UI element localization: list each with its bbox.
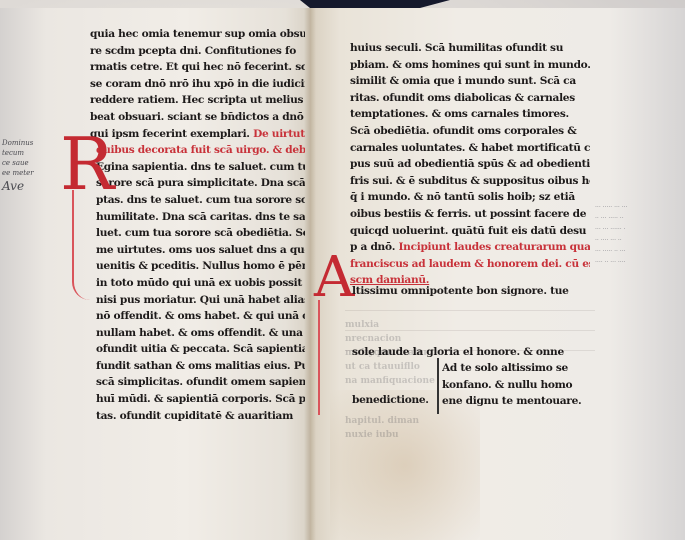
text-line: huius seculi. Scā humilitas ofundit su	[350, 40, 590, 57]
text-line: tas. ofundit cupiditatē & auaritiam	[96, 408, 305, 425]
margin-note-line: ... ..... .. ...	[595, 244, 680, 255]
text-line: luet. cum tua sorore scā obediētia. Scīs	[96, 225, 305, 242]
text-line: pbiam. & oms homines qui sunt in mundo.	[350, 57, 590, 74]
text-line: fris sui. & ē subditus & suppositus oibu…	[350, 173, 590, 190]
text-line: nō offendit. & oms habet. & qui unā offe…	[96, 308, 305, 325]
canticle-line: konfano. & nullu homo	[442, 377, 597, 394]
text-line: uenitis & pceditis. Nullus homo ē pēnit	[96, 258, 305, 275]
text-line: p a dnō. Incipiunt laudes creaturarum qu…	[350, 239, 590, 256]
margin-note-line: Dominus	[2, 138, 62, 148]
text-line: rmatis cetre. Et qui hec nō fecerint. sc…	[90, 59, 305, 76]
margin-note-line: .. ... ..... ..	[595, 211, 680, 222]
text-line: ptas. dns te saluet. cum tua sorore scā	[96, 192, 305, 209]
rubric-heading: Incipiunt laudes creaturarum quas fecit …	[399, 241, 590, 253]
ghost-line: nuxie iubu	[345, 428, 435, 442]
text-line: quicqd uoluerint. quātū fuit eis datū de…	[350, 223, 590, 240]
illuminated-initial-a: A	[314, 250, 354, 306]
text-line: fundit sathan & oms malitias eius. Pur	[96, 358, 305, 375]
text-line: oibus bestiis & ferris. ut possint facer…	[350, 206, 590, 223]
margin-note-line: ... ..... ... ...	[595, 200, 680, 211]
text-line: Scā obediētia. ofundit oms corporales &	[350, 123, 590, 140]
rubric-heading: De uirtutib	[253, 128, 305, 140]
manuscript-photo: Dominus tecum ce saue ee meter Ave quia …	[0, 0, 685, 540]
right-page-text: huius seculi. Scā humilitas ofundit su p…	[350, 40, 590, 289]
text-line: reddere ratiem. Hec scripta ut melius	[90, 92, 305, 109]
text-line: similit & omia que i mundo sunt. Scā ca	[350, 73, 590, 90]
right-margin-annotation: ... ..... ... ... .. ... ..... .. ... ..…	[595, 200, 680, 266]
initial-flourish	[318, 300, 326, 415]
text-line: sorore scā pura simplicitate. Dna scā pa	[96, 175, 305, 192]
text-line: re scdm pcepta dni. Confitutiones fo	[90, 43, 305, 60]
text-line: in toto mūdo qui unā ex uobis possit ha	[96, 275, 305, 292]
text-line: quia hec omia tenemur sup omia obsu	[90, 26, 305, 43]
canticle-line: ltissimu omnipotente bon signore. tue	[352, 283, 597, 300]
text-line: ritas. ofundit oms diabolicas & carnales	[350, 90, 590, 107]
spacer	[352, 300, 597, 344]
margin-note-line: .. .... ... ..	[595, 233, 680, 244]
text-line: Egina sapientia. dns te saluet. cum tua	[96, 159, 305, 176]
text-bracket	[437, 358, 439, 414]
ghost-line: hapitul. diman	[345, 414, 435, 428]
text-line: carnales uoluntates. & habet mortificatū…	[350, 140, 590, 157]
text-line: beat obsuari. sciant se bn̄dictos a dnō	[90, 109, 305, 126]
text-line: pus suū ad obedientiā spūs & ad obedient…	[350, 156, 590, 173]
text-span: p a dnō.	[350, 241, 395, 253]
text-line: nullam habet. & oms offendit. & una qu	[96, 325, 305, 342]
body-after-initial: Egina sapientia. dns te saluet. cum tua …	[90, 159, 305, 425]
left-margin-annotation: Dominus tecum ce saue ee meter Ave	[2, 138, 62, 194]
margin-note-line: ce saue	[2, 158, 62, 168]
canticle-line: sole laude la gloria el honore. & onne	[352, 344, 597, 361]
margin-note-line: ee meter	[2, 168, 62, 178]
text-line: temptationes. & oms carnales timores.	[350, 106, 590, 123]
text-line: qui ipsm fecerint exemplari. De uirtutib	[90, 126, 305, 143]
margin-note-line: .... .. ... ....	[595, 255, 680, 266]
rubric-line: franciscus ad laudem & honorem dei. cū e…	[350, 256, 590, 273]
canticle-line: Ad te solo altissimo se	[442, 360, 597, 377]
text-line: q̄ i mundo. & nō tantū solis hoib; sz et…	[350, 189, 590, 206]
text-line: se coram dnō nrō ihu xpō in die iudicii	[90, 76, 305, 93]
left-page-text: quia hec omia tenemur sup omia obsu re s…	[90, 26, 305, 424]
initial-flourish	[72, 190, 90, 300]
canticle-line: ene dignu te mentouare.	[442, 393, 597, 410]
text-line: me uirtutes. oms uos saluet dns a quo	[96, 242, 305, 259]
text-line: humilitate. Dna scā caritas. dns te sa	[96, 209, 305, 226]
text-line: huī mūdi. & sapientiā corporis. Scā pau	[96, 391, 305, 408]
text-line: ofundit uitia & peccata. Scā sapientia	[96, 341, 305, 358]
margin-note-ave: Ave	[2, 178, 62, 194]
canticle-of-the-sun: ltissimu omnipotente bon signore. tue so…	[352, 283, 597, 409]
text-line: nisi pus moriatur. Qui unā habet alias	[96, 292, 305, 309]
margin-note-line: ... ... ...... .	[595, 222, 680, 233]
rubric-line: quibus decorata fuit scā uirgo. & debet …	[90, 142, 305, 159]
margin-note-line: tecum	[2, 148, 62, 158]
text-line: scā simplicitas. ofundit omem sapienti	[96, 374, 305, 391]
